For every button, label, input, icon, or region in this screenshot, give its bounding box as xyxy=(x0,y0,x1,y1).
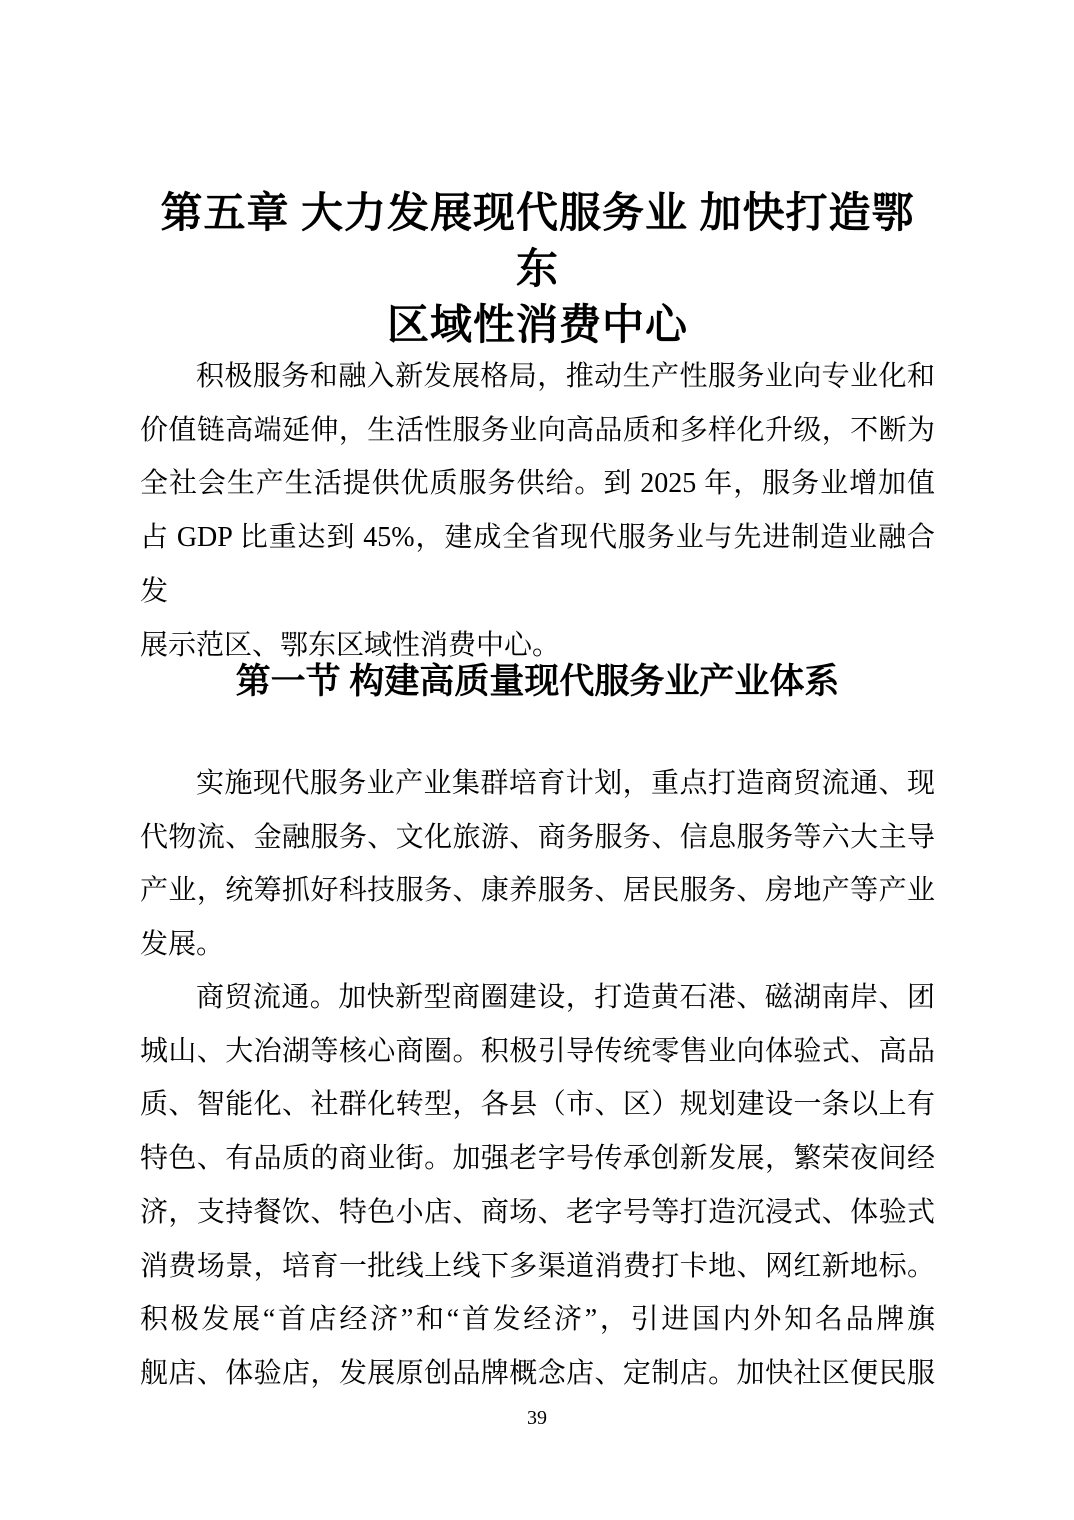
text-line: 价值链高端延伸，生活性服务业向高品质和多样化升级，不断为 xyxy=(140,404,935,458)
text-line: 质、智能化、社群化转型，各县（市、区）规划建设一条以上有 xyxy=(140,1078,935,1132)
text-line: 特色、有品质的商业街。加强老字号传承创新发展，繁荣夜间经 xyxy=(140,1132,935,1186)
document-page: 第五章 大力发展现代服务业 加快打造鄂东 区域性消费中心 积极服务和融入新发展格… xyxy=(0,0,1074,1520)
text-line: 全社会生产生活提供优质服务供给。到 2025 年，服务业增加值 xyxy=(140,457,935,511)
text-line: 发展。 xyxy=(140,918,935,972)
text-line: 实施现代服务业产业集群培育计划，重点打造商贸流通、现 xyxy=(140,757,935,811)
text-line: 积极服务和融入新发展格局，推动生产性服务业向专业化和 xyxy=(140,350,935,404)
paragraph-industry-system: 实施现代服务业产业集群培育计划，重点打造商贸流通、现 代物流、金融服务、文化旅游… xyxy=(140,757,935,972)
page-number: 39 xyxy=(0,1405,1074,1431)
text-line: 商贸流通。加快新型商圈建设，打造黄石港、磁湖南岸、团 xyxy=(140,971,935,1025)
section-title: 第一节 构建高质量现代服务业产业体系 xyxy=(140,659,935,705)
text-line: 舰店、体验店，发展原创品牌概念店、定制店。加快社区便民服 xyxy=(140,1347,935,1401)
text-line: 城山、大冶湖等核心商圈。积极引导传统零售业向体验式、高品 xyxy=(140,1025,935,1079)
text-line: 代物流、金融服务、文化旅游、商务服务、信息服务等六大主导 xyxy=(140,811,935,865)
chapter-title-line-2: 区域性消费中心 xyxy=(140,298,935,354)
text-line: 产业，统筹抓好科技服务、康养服务、居民服务、房地产等产业 xyxy=(140,864,935,918)
text-line: 济，支持餐饮、特色小店、商场、老字号等打造沉浸式、体验式 xyxy=(140,1186,935,1240)
chapter-title-line-1: 第五章 大力发展现代服务业 加快打造鄂东 xyxy=(140,186,935,298)
paragraph-commerce-circulation: 商贸流通。加快新型商圈建设，打造黄石港、磁湖南岸、团 城山、大冶湖等核心商圈。积… xyxy=(140,971,935,1401)
text-line: 积极发展“首店经济”和“首发经济”，引进国内外知名品牌旗 xyxy=(140,1293,935,1347)
text-line: 占 GDP 比重达到 45%，建成全省现代服务业与先进制造业融合发 xyxy=(140,511,935,618)
text-line: 消费场景，培育一批线上线下多渠道消费打卡地、网红新地标。 xyxy=(140,1240,935,1294)
chapter-title: 第五章 大力发展现代服务业 加快打造鄂东 区域性消费中心 xyxy=(140,186,935,354)
paragraph-intro: 积极服务和融入新发展格局，推动生产性服务业向专业化和 价值链高端延伸，生活性服务… xyxy=(140,350,935,672)
